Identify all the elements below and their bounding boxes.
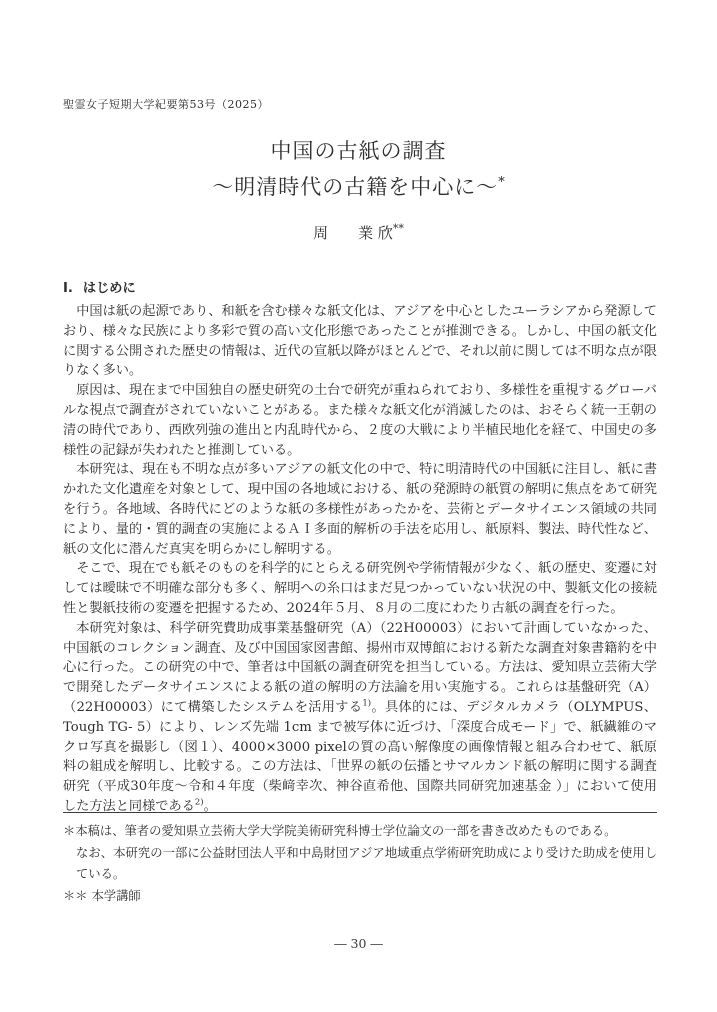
title-footnote-marker: *: [498, 175, 505, 190]
section-label: はじめに: [83, 281, 136, 296]
article-title-line1: 中国の古紙の調査: [0, 136, 717, 167]
page-footer: ― 30 ―: [0, 936, 717, 951]
paragraph-5: 本研究対象は、科学研究費助成事業基盤研究（A）（22H00003）において計画し…: [63, 619, 657, 817]
article-title-line2: ～明清時代の古籍を中心に～*: [0, 167, 717, 203]
article-subtitle-text: ～明清時代の古籍を中心に～: [212, 175, 498, 199]
footnote-2: ＊＊ 本学講師: [63, 886, 657, 908]
section-heading-intro: I.はじめに: [63, 277, 657, 296]
page-number: ― 30 ―: [334, 936, 383, 951]
endnote-ref-1: 1): [362, 699, 371, 709]
paragraph-1: 中国は紙の起源であり、和紙を含む様々な紙文化は、アジアを中心としたユーラシアから…: [63, 302, 657, 381]
endnote-ref-2: 2): [195, 798, 204, 808]
journal-issue-header: 聖霊女子短期大学紀要第53号（2025）: [63, 96, 269, 112]
footnote-1-line-2: なお、本研究の一部に公益財団法人平和中島財団アジア地域重点学術研究助成により受け…: [63, 843, 657, 886]
article-page: 聖霊女子短期大学紀要第53号（2025） 中国の古紙の調査 ～明清時代の古籍を中…: [0, 0, 717, 1012]
author-block: 周 業 欣**: [0, 222, 717, 243]
paragraph-2: 原因は、現在まで中国独自の歴史研究の土台で研究が重ねられており、多様性を重視する…: [63, 381, 657, 460]
paragraph-5-text-2: 。具体的には、デジタルカメラ（OLYMPUS、Tough TG- 5）により、レ…: [63, 700, 657, 814]
footnote-1-line-1: ＊本稿は、筆者の愛知県立芸術大学大学院美術研究科博士学位論文の一部を書き改めたも…: [63, 821, 657, 843]
body-text: 中国は紙の起源であり、和紙を含む様々な紙文化は、アジアを中心としたユーラシアから…: [63, 302, 657, 817]
footnote-section: ＊本稿は、筆者の愛知県立芸術大学大学院美術研究科博士学位論文の一部を書き改めたも…: [63, 812, 657, 907]
main-content: I.はじめに 中国は紙の起源であり、和紙を含む様々な紙文化は、アジアを中心とした…: [63, 277, 657, 817]
paragraph-3: 本研究は、現在も不明な点が多いアジアの紙文化の中で、特に明清時代の中国紙に注目し…: [63, 460, 657, 559]
author-footnote-marker: **: [393, 222, 404, 235]
section-number: I.: [63, 281, 73, 296]
title-block: 中国の古紙の調査 ～明清時代の古籍を中心に～*: [0, 136, 717, 203]
paragraph-4: そこで、現在でも紙そのものを科学的にとらえる研究例や学術情報が少なく、紙の歴史、…: [63, 559, 657, 618]
author-name: 周 業 欣: [313, 224, 393, 242]
